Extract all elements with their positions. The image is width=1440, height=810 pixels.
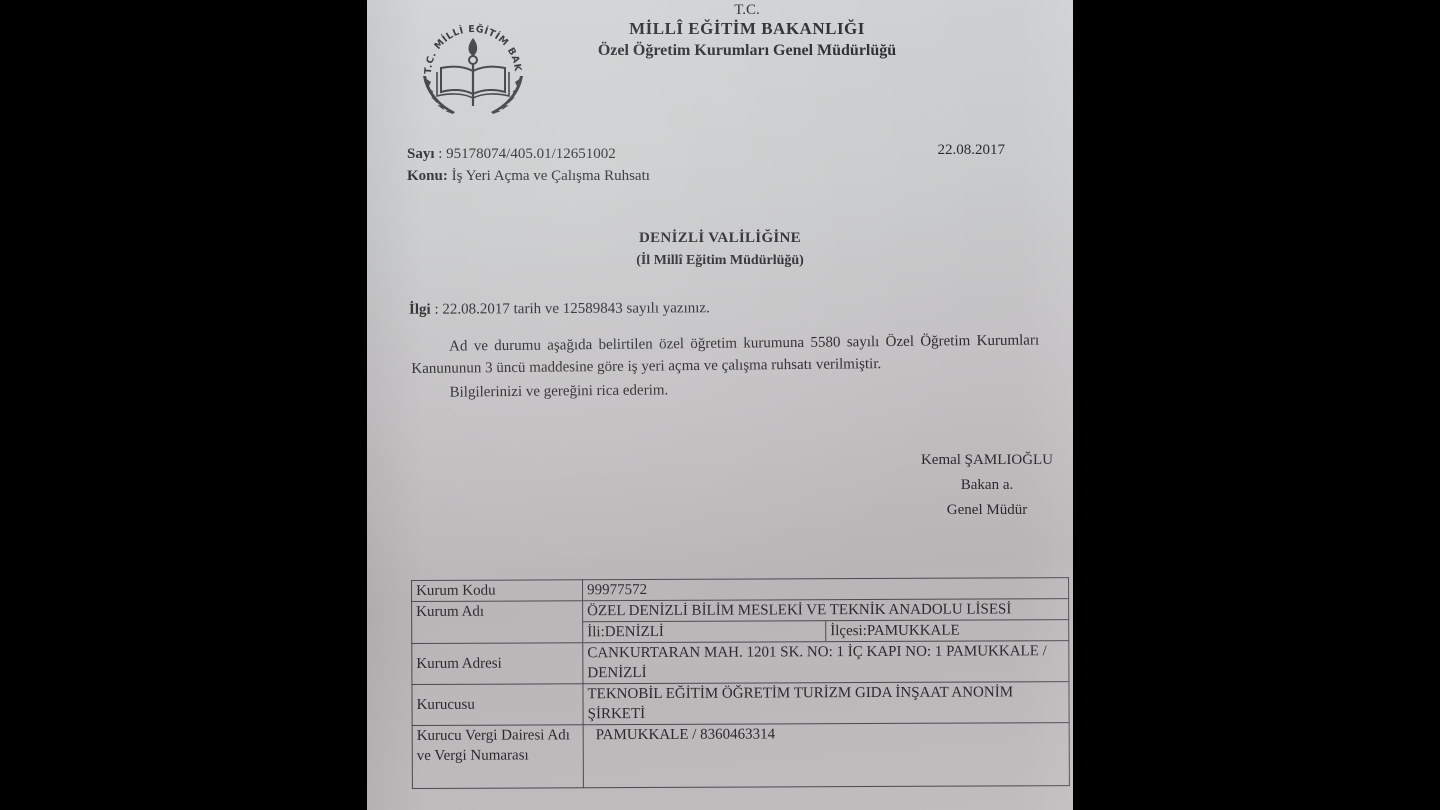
- table-row: Kurum Adresi CANKURTARAN MAH. 1201 SK. N…: [412, 641, 1069, 685]
- reference-number-line: Sayı : 95178074/405.01/12651002: [407, 143, 650, 165]
- signatory-name: Kemal ŞAMLIOĞLU: [887, 448, 1073, 473]
- district-value: İlçesi:PAMUKKALE: [825, 620, 1068, 641]
- row-value: TEKNOBİL EĞİTİM ÖĞRETİM TURİZM GIDA İNŞA…: [583, 682, 1069, 725]
- signature-block: Kemal ŞAMLIOĞLU Bakan a. Genel Müdür: [887, 448, 1073, 523]
- letterhead-department: Özel Öğretim Kurumları Genel Müdürlüğü: [547, 40, 947, 62]
- table-row: Kurucu Vergi Dairesi Adı ve Vergi Numara…: [412, 723, 1069, 789]
- row-value: PAMUKKALE / 8360463314: [583, 723, 1069, 788]
- ilgi-value: : 22.08.2017 tarih ve 12589843 sayılı ya…: [431, 300, 710, 317]
- location-cell: İli:DENİZLİ İlçesi:PAMUKKALE: [583, 620, 1069, 643]
- letterhead-tc: T.C.: [547, 2, 947, 18]
- table-row: Kurucusu TEKNOBİL EĞİTİM ÖĞRETİM TURİZM …: [412, 682, 1069, 726]
- ilgi-label: İlgi: [409, 302, 431, 318]
- province-value: İli:DENİZLİ: [583, 621, 825, 642]
- konu-label: Konu:: [407, 168, 448, 184]
- sayi-value: : 95178074/405.01/12651002: [438, 146, 616, 162]
- addressee-line-2: (İl Millî Eğitim Müdürlüğü): [367, 250, 1073, 272]
- body-paragraph-1: Ad ve durumu aşağıda belirtilen özel öğr…: [411, 329, 1039, 380]
- letterhead-ministry: MİLLÎ EĞİTİM BAKANLIĞI: [547, 18, 947, 40]
- subject-line: Konu: İş Yeri Açma ve Çalışma Ruhsatı: [407, 165, 650, 187]
- row-label: Kurucusu: [412, 684, 583, 726]
- reference-line: İlgi : 22.08.2017 tarih ve 12589843 sayı…: [409, 300, 710, 319]
- institution-info-table: Kurum Kodu 99977572 Kurum Adı ÖZEL DENİZ…: [411, 577, 1070, 789]
- signatory-capacity: Bakan a.: [887, 473, 1073, 498]
- row-label: Kurum Adı: [412, 601, 583, 644]
- signatory-title: Genel Müdür: [887, 498, 1073, 523]
- body-paragraph-2: Bilgilerinizi ve gereğini rica ederim.: [411, 375, 1039, 404]
- table-row: Kurum Adı ÖZEL DENİZLİ BİLİM MESLEKİ VE …: [412, 599, 1069, 623]
- document-page: T.C. MİLLİ EĞİTİM BAKANLIĞI T.C. MİLLÎ E…: [367, 0, 1073, 810]
- row-value: ÖZEL DENİZLİ BİLİM MESLEKİ VE TEKNİK ANA…: [583, 599, 1069, 622]
- addressee-line-1: DENİZLİ VALİLİĞİNE: [367, 226, 1073, 250]
- konu-value: İş Yeri Açma ve Çalışma Ruhsatı: [448, 168, 650, 184]
- table-row: Kurum Kodu 99977572: [412, 578, 1069, 602]
- letter-body: Ad ve durumu aşağıda belirtilen özel öğr…: [411, 329, 1040, 404]
- document-meta: Sayı : 95178074/405.01/12651002 Konu: İş…: [407, 143, 650, 187]
- row-label: Kurum Adresi: [412, 643, 583, 685]
- row-label: Kurucu Vergi Dairesi Adı ve Vergi Numara…: [412, 725, 583, 789]
- addressee: DENİZLİ VALİLİĞİNE (İl Millî Eğitim Müdü…: [367, 226, 1073, 272]
- row-value: 99977572: [583, 578, 1069, 601]
- row-value: CANKURTARAN MAH. 1201 SK. NO: 1 İÇ KAPI …: [583, 641, 1069, 684]
- document-date: 22.08.2017: [938, 142, 1006, 159]
- sayi-label: Sayı: [407, 146, 435, 162]
- ministry-logo-icon: T.C. MİLLİ EĞİTİM BAKANLIĞI: [417, 16, 529, 118]
- letterhead: T.C. MİLLÎ EĞİTİM BAKANLIĞI Özel Öğretim…: [547, 0, 947, 62]
- row-label: Kurum Kodu: [412, 580, 583, 602]
